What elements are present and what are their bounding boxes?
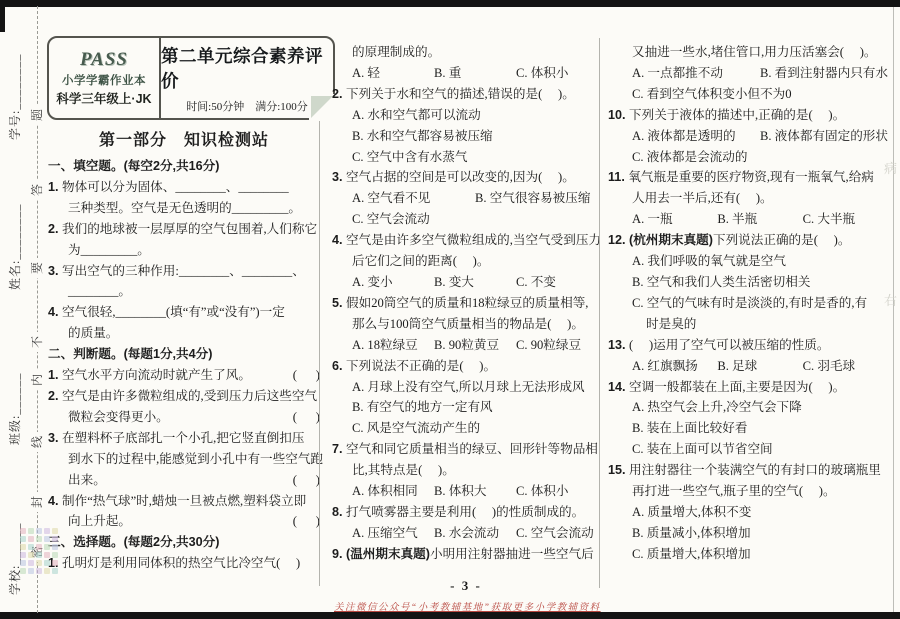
section-heading: 三、选择题。(每题2分,共30分) xyxy=(48,532,320,553)
watermark-cell xyxy=(36,544,42,550)
watermark-cell xyxy=(36,560,42,566)
option: A. 一点都推不动 xyxy=(632,63,760,84)
watermark-cell xyxy=(28,560,34,566)
option-line: B. 装在上面比较好看 xyxy=(608,418,888,439)
option: A. 一瓶 xyxy=(632,209,717,230)
test-title-block: 第二单元综合素养评价 时间:50分钟 满分:100分 xyxy=(161,38,333,118)
watermark-cell xyxy=(20,544,26,550)
option: A. 空气看不见 xyxy=(352,188,475,209)
question-number: 2. xyxy=(48,386,62,407)
continuation-line: 微粒会变得更小。( ) xyxy=(48,407,320,428)
column-divider xyxy=(319,121,320,586)
line-text: B. 装在上面比较好看 xyxy=(632,418,747,439)
watermark-cell xyxy=(52,552,58,558)
option: B. 半瓶 xyxy=(717,209,802,230)
option: A. 液体都是透明的 xyxy=(632,126,760,147)
option-line: B. 空气和我们人类生活密切相关 xyxy=(608,272,888,293)
question-number: 11. xyxy=(608,167,628,188)
watermark-cell xyxy=(52,536,58,542)
question-number: 5. xyxy=(332,293,346,314)
question-line: 10. 下列关于液体的描述中,正确的是( )。 xyxy=(608,105,888,126)
option: B. 变大 xyxy=(434,272,516,293)
test-title: 第二单元综合素养评价 xyxy=(161,43,333,93)
question-number: 4. xyxy=(332,230,346,251)
line-text: B. 水和空气都容易被压缩 xyxy=(352,126,493,147)
question-line: 13. ( )运用了空气可以被压缩的性质。 xyxy=(608,335,888,356)
watermark-cell xyxy=(44,536,50,542)
question-line: 15. 用注射器往一个装满空气的有封口的玻璃瓶里 xyxy=(608,460,888,481)
line-text: 三、选择题。(每题2分,共30分) xyxy=(48,532,219,553)
seal-char: 内 xyxy=(28,370,45,390)
options-row: A. 压缩空气B. 水会流动C. 空气会流动 xyxy=(332,523,598,544)
line-text: 制作“热气球”时,蜡烛一旦被点燃,塑料袋立即 xyxy=(62,491,306,512)
question-line: 8. 打气喷雾器主要是利用( )的性质制成的。 xyxy=(332,502,598,523)
line-text: 后它们之间的距离( )。 xyxy=(352,251,489,272)
series-name: 小学学霸作业本 xyxy=(62,72,146,88)
question-line: 4. 空气是由许多空气微粒组成的,当空气受到压力 xyxy=(332,230,598,251)
option: A. 压缩空气 xyxy=(352,523,434,544)
watermark-cell xyxy=(44,528,50,534)
question-line: 9. (温州期末真题)小明用注射器抽进一些空气后 xyxy=(332,544,598,565)
line-text: 空调一般都装在上面,主要是因为( )。 xyxy=(629,377,845,398)
margin-field: 姓名:________ xyxy=(6,204,23,290)
option: A. 体积相同 xyxy=(352,481,434,502)
line-text: A. 月球上没有空气,所以月球上无法形成风 xyxy=(352,377,585,398)
watermark-cell xyxy=(28,544,34,550)
continuation-line: 向上升起。( ) xyxy=(48,511,320,532)
line-text: 用注射器往一个装满空气的有封口的玻璃瓶里 xyxy=(629,460,881,481)
option: C. 大半瓶 xyxy=(803,209,888,230)
seal-char: 封 xyxy=(28,492,45,512)
line-text: C. 空气会流动 xyxy=(352,209,430,230)
question-line: 2. 空气是由许多微粒组成的,受到压力后这些空气 xyxy=(48,386,320,407)
continuation-line: 为_________。 xyxy=(48,240,320,261)
section-heading: 二、判断题。(每题1分,共4分) xyxy=(48,344,320,365)
option: C. 羽毛球 xyxy=(803,356,888,377)
line-text: 那么与100筒空气质量相当的物品是( )。 xyxy=(352,314,584,335)
column-divider xyxy=(599,38,600,588)
line-text: B. 空气和我们人类生活密切相关 xyxy=(632,272,810,293)
line-text: 二、判断题。(每题1分,共4分) xyxy=(48,344,212,365)
line-text: 下列说法正确的是( )。 xyxy=(713,230,850,251)
question-line: 4. 制作“热气球”时,蜡烛一旦被点燃,塑料袋立即 xyxy=(48,491,320,512)
question-line: 5. 假如20筒空气的质量和18粒绿豆的质量相等, xyxy=(332,293,598,314)
answer-brackets: ( ) xyxy=(293,511,320,532)
line-text: 的质量。 xyxy=(68,323,118,344)
watermark-cell xyxy=(20,536,26,542)
options-row: A. 变小B. 变大C. 不变 xyxy=(332,272,598,293)
continuation-line: 到水下的过程中,能感觉到小孔中有一些空气跑 xyxy=(48,449,320,470)
watermark-cell xyxy=(36,536,42,542)
watermark-grid xyxy=(20,528,58,574)
line-text: B. 有空气的地方一定有风 xyxy=(352,397,493,418)
watermark-cell xyxy=(20,560,26,566)
continuation-line: 的原理制成的。 xyxy=(332,42,598,63)
watermark-cell xyxy=(36,528,42,534)
continuation-line: ________。 xyxy=(48,281,320,302)
options-row: A. 一点都推不动B. 看到注射器内只有水 xyxy=(608,63,888,84)
header-box: PASS 小学学霸作业本 科学三年级上·JK 第二单元综合素养评价 时间:50分… xyxy=(47,36,335,120)
question-line: 11. 氧气瓶是重要的医疗物资,现有一瓶氧气,给病 xyxy=(608,167,888,188)
watermark-cell xyxy=(20,552,26,558)
option: C. 体积小 xyxy=(516,63,598,84)
option: C. 90粒绿豆 xyxy=(516,335,598,356)
question-line: 2. 下列关于水和空气的描述,错误的是( )。 xyxy=(332,84,598,105)
question-number: 12. xyxy=(608,230,629,251)
watermark-cell xyxy=(20,528,26,534)
line-text: 比,其特点是( )。 xyxy=(352,460,455,481)
continuation-line: 的质量。 xyxy=(48,323,320,344)
margin-field: 学号:________ xyxy=(6,54,23,140)
watermark-cell xyxy=(36,568,42,574)
question-column-1: 一、填空题。(每空2分,共16分)1. 物体可以分为固体、________、__… xyxy=(48,156,320,574)
watermark-cell xyxy=(28,552,34,558)
question-number: 13. xyxy=(608,335,629,356)
watermark-cell xyxy=(44,552,50,558)
option-line: A. 质量增大,体积不变 xyxy=(608,502,888,523)
source-tag: (杭州期末真题) xyxy=(629,230,713,251)
exam-paper-page: 病 右 学校:______班级:______姓名:________学号:____… xyxy=(0,0,900,619)
line-text: 微粒会变得更小。 xyxy=(68,407,169,428)
part-heading: 第一部分 知识检测站 xyxy=(48,127,320,150)
scan-edge-right xyxy=(893,7,894,612)
line-text: C. 看到空气体积变小但不为0 xyxy=(632,84,792,105)
question-number: 15. xyxy=(608,460,629,481)
line-text: C. 空气的气味有时是淡淡的,有时是香的,有 xyxy=(632,293,867,314)
seal-char: 不 xyxy=(28,332,45,352)
line-text: 空气水平方向流动时就产生了风。 xyxy=(62,365,251,386)
continuation-line: 再打进一些空气,瓶子里的空气( )。 xyxy=(608,481,888,502)
line-text: 下列关于水和空气的描述,错误的是( )。 xyxy=(346,84,575,105)
question-line: 2. 我们的地球被一层厚厚的空气包围着,人们称它 xyxy=(48,219,320,240)
line-text: 在塑料杯子底部扎一个小孔,把它竖直倒扣压 xyxy=(62,428,304,449)
watermark-cell xyxy=(44,560,50,566)
option: A. 18粒绿豆 xyxy=(352,335,434,356)
section-heading: 一、填空题。(每空2分,共16分) xyxy=(48,156,320,177)
options-row: A. 轻B. 重C. 体积小 xyxy=(332,63,598,84)
option-line: C. 风是空气流动产生的 xyxy=(332,418,598,439)
question-line: 3. 在塑料杯子底部扎一个小孔,把它竖直倒扣压 xyxy=(48,428,320,449)
line-text: A. 水和空气都可以流动 xyxy=(352,105,481,126)
question-number: 10. xyxy=(608,105,629,126)
continuation-line: 又抽进一些水,堵住管口,用力压活塞会( )。 xyxy=(608,42,888,63)
scan-edge-corner xyxy=(0,0,5,32)
line-text: 下列关于液体的描述中,正确的是( )。 xyxy=(629,105,845,126)
question-number: 3. xyxy=(48,428,62,449)
options-row: A. 空气看不见B. 空气很容易被压缩 xyxy=(332,188,598,209)
option: B. 足球 xyxy=(717,356,802,377)
continuation-line: 时是臭的 xyxy=(608,314,888,335)
question-line: 14. 空调一般都装在上面,主要是因为( )。 xyxy=(608,377,888,398)
continuation-line: 比,其特点是( )。 xyxy=(332,460,598,481)
source-tag: (温州期末真题) xyxy=(346,544,430,565)
question-line: 6. 下列说法不正确的是( )。 xyxy=(332,356,598,377)
page-number: - 3 - xyxy=(48,578,884,594)
option-line: C. 空气的气味有时是淡淡的,有时是香的,有 xyxy=(608,293,888,314)
answer-brackets: ( ) xyxy=(293,365,320,386)
seal-line: 题答要不内线封密 xyxy=(28,0,46,619)
question-line: 3. 空气占据的空间是可以改变的,因为( )。 xyxy=(332,167,598,188)
question-column-3: 又抽进一些水,堵住管口,用力压活塞会( )。A. 一点都推不动B. 看到注射器内… xyxy=(608,42,888,565)
watermark-cell xyxy=(52,560,58,566)
question-line: 1. 孔明灯是利用同体积的热空气比冷空气( ) xyxy=(48,553,320,574)
option-line: B. 质量减小,体积增加 xyxy=(608,523,888,544)
question-line: 7. 空气和同它质量相当的绿豆、回形针等物品相 xyxy=(332,439,598,460)
question-number: 1. xyxy=(48,177,62,198)
option: B. 重 xyxy=(434,63,516,84)
option: C. 体积小 xyxy=(516,481,598,502)
line-text: A. 质量增大,体积不变 xyxy=(632,502,751,523)
line-text: 氧气瓶是重要的医疗物资,现有一瓶氧气,给病 xyxy=(628,167,874,188)
line-text: A. 我们呼吸的氧气就是空气 xyxy=(632,251,786,272)
line-text: 小明用注射器抽进一些空气后 xyxy=(430,544,594,565)
watermark-cell xyxy=(36,552,42,558)
seal-char: 题 xyxy=(28,105,45,125)
option-line: A. 水和空气都可以流动 xyxy=(332,105,598,126)
answer-brackets: ( ) xyxy=(293,470,320,491)
option: B. 水会流动 xyxy=(434,523,516,544)
line-text: 打气喷雾器主要是利用( )的性质制成的。 xyxy=(346,502,584,523)
line-text: 假如20筒空气的质量和18粒绿豆的质量相等, xyxy=(346,293,588,314)
line-text: 写出空气的三种作用:________、________、 xyxy=(62,261,305,282)
option: B. 体积大 xyxy=(434,481,516,502)
question-number: 2. xyxy=(48,219,62,240)
line-text: ________。 xyxy=(68,281,131,302)
watermark-cell xyxy=(44,544,50,550)
line-text: C. 质量增大,体积增加 xyxy=(632,544,751,565)
continuation-line: 出来。( ) xyxy=(48,470,320,491)
question-line: 3. 写出空气的三种作用:________、________、 xyxy=(48,261,320,282)
line-text: A. 热空气会上升,冷空气会下降 xyxy=(632,397,802,418)
option-line: A. 我们呼吸的氧气就是空气 xyxy=(608,251,888,272)
line-text: 时是臭的 xyxy=(646,314,696,335)
line-text: C. 装在上面可以节省空间 xyxy=(632,439,773,460)
line-text: 下列说法不正确的是( )。 xyxy=(346,356,496,377)
option: A. 红旗飘扬 xyxy=(632,356,717,377)
continuation-line: 那么与100筒空气质量相当的物品是( )。 xyxy=(332,314,598,335)
question-number: 2. xyxy=(332,84,346,105)
continuation-line: 人用去一半后,还有( )。 xyxy=(608,188,888,209)
option-line: C. 看到空气体积变小但不为0 xyxy=(608,84,888,105)
line-text: 人用去一半后,还有( )。 xyxy=(632,188,773,209)
option-line: B. 有空气的地方一定有风 xyxy=(332,397,598,418)
option-line: B. 水和空气都容易被压缩 xyxy=(332,126,598,147)
option: B. 看到注射器内只有水 xyxy=(760,63,888,84)
footer-note: 关注微信公众号“小考教辅基地”获取更多小学教辅资料 xyxy=(334,599,601,613)
line-text: 空气很轻,________(填“有”或“没有”)一定 xyxy=(62,302,285,323)
question-line: 4. 空气很轻,________(填“有”或“没有”)一定 xyxy=(48,302,320,323)
option: C. 空气会流动 xyxy=(516,523,598,544)
line-text: 空气是由许多微粒组成的,受到压力后这些空气 xyxy=(62,386,317,407)
question-column-2: 的原理制成的。A. 轻B. 重C. 体积小2. 下列关于水和空气的描述,错误的是… xyxy=(332,42,598,565)
option: B. 液体都有固定的形状 xyxy=(760,126,888,147)
line-text: 空气占据的空间是可以改变的,因为( )。 xyxy=(346,167,575,188)
line-text: ( )运用了空气可以被压缩的性质。 xyxy=(629,335,829,356)
subject-edition: 科学三年级上·JK xyxy=(56,89,151,107)
continuation-line: 后它们之间的距离( )。 xyxy=(332,251,598,272)
option: A. 变小 xyxy=(352,272,434,293)
pass-logo: PASS xyxy=(80,49,128,71)
line-text: C. 风是空气流动产生的 xyxy=(352,418,480,439)
option-line: C. 空气会流动 xyxy=(332,209,598,230)
options-row: A. 液体都是透明的B. 液体都有固定的形状 xyxy=(608,126,888,147)
time-score-info: 时间:50分钟 满分:100分 xyxy=(186,98,308,114)
watermark-cell xyxy=(52,528,58,534)
options-row: A. 体积相同B. 体积大C. 体积小 xyxy=(332,481,598,502)
line-text: 出来。 xyxy=(68,470,106,491)
watermark-cell xyxy=(28,568,34,574)
line-text: 我们的地球被一层厚厚的空气包围着,人们称它 xyxy=(62,219,317,240)
continuation-line: 三种类型。空气是无色透明的_________。 xyxy=(48,198,320,219)
question-line: 1. 物体可以分为固体、________、________ xyxy=(48,177,320,198)
question-number: 9. xyxy=(332,544,346,565)
option-line: C. 空气中含有水蒸气 xyxy=(332,147,598,168)
line-text: 为_________。 xyxy=(68,240,150,261)
question-number: 3. xyxy=(332,167,346,188)
question-number: 6. xyxy=(332,356,346,377)
scan-edge-bottom xyxy=(0,612,900,619)
line-text: 又抽进一些水,堵住管口,用力压活塞会( )。 xyxy=(632,42,877,63)
line-text: 的原理制成的。 xyxy=(352,42,440,63)
question-number: 14. xyxy=(608,377,629,398)
question-number: 3. xyxy=(48,261,62,282)
line-text: 一、填空题。(每空2分,共16分) xyxy=(48,156,219,177)
options-row: A. 18粒绿豆B. 90粒黄豆C. 90粒绿豆 xyxy=(332,335,598,356)
watermark-cell xyxy=(20,568,26,574)
seal-char: 线 xyxy=(28,432,45,452)
option: C. 不变 xyxy=(516,272,598,293)
watermark-cell xyxy=(28,528,34,534)
line-text: 空气和同它质量相当的绿豆、回形针等物品相 xyxy=(346,439,598,460)
line-text: 三种类型。空气是无色透明的_________。 xyxy=(68,198,301,219)
line-text: 再打进一些空气,瓶子里的空气( )。 xyxy=(632,481,836,502)
option-line: A. 月球上没有空气,所以月球上无法形成风 xyxy=(332,377,598,398)
watermark-cell xyxy=(52,544,58,550)
options-row: A. 红旗飘扬B. 足球C. 羽毛球 xyxy=(608,356,888,377)
option-line: A. 热空气会上升,冷空气会下降 xyxy=(608,397,888,418)
question-line: 1. 空气水平方向流动时就产生了风。( ) xyxy=(48,365,320,386)
option: B. 空气很容易被压缩 xyxy=(475,188,598,209)
line-text: 孔明灯是利用同体积的热空气比冷空气( ) xyxy=(62,553,300,574)
options-row: A. 一瓶B. 半瓶C. 大半瓶 xyxy=(608,209,888,230)
line-text: C. 液体都是会流动的 xyxy=(632,147,747,168)
question-number: 8. xyxy=(332,502,346,523)
line-text: B. 质量减小,体积增加 xyxy=(632,523,751,544)
publisher-block: PASS 小学学霸作业本 科学三年级上·JK xyxy=(49,38,161,118)
line-text: 向上升起。 xyxy=(68,511,131,532)
seal-char: 要 xyxy=(28,258,45,278)
option-line: C. 装在上面可以节省空间 xyxy=(608,439,888,460)
option: B. 90粒黄豆 xyxy=(434,335,516,356)
question-line: 12. (杭州期末真题)下列说法正确的是( )。 xyxy=(608,230,888,251)
question-number: 4. xyxy=(48,302,62,323)
seal-char: 答 xyxy=(28,180,45,200)
student-info-margin: 学校:______班级:______姓名:________学号:________ xyxy=(6,0,24,619)
option-line: C. 质量增大,体积增加 xyxy=(608,544,888,565)
line-text: 空气是由许多空气微粒组成的,当空气受到压力 xyxy=(346,230,601,251)
line-text: 物体可以分为固体、________、________ xyxy=(62,177,289,198)
line-text: 到水下的过程中,能感觉到小孔中有一些空气跑 xyxy=(68,449,323,470)
option: A. 轻 xyxy=(352,63,434,84)
margin-field: 班级:______ xyxy=(6,373,23,445)
question-number: 4. xyxy=(48,491,62,512)
watermark-cell xyxy=(28,536,34,542)
question-number: 1. xyxy=(48,365,62,386)
option-line: C. 液体都是会流动的 xyxy=(608,147,888,168)
scan-edge-top xyxy=(0,0,900,7)
question-number: 7. xyxy=(332,439,346,460)
line-text: C. 空气中含有水蒸气 xyxy=(352,147,467,168)
watermark-cell xyxy=(52,568,58,574)
answer-brackets: ( ) xyxy=(293,407,320,428)
watermark-cell xyxy=(44,568,50,574)
